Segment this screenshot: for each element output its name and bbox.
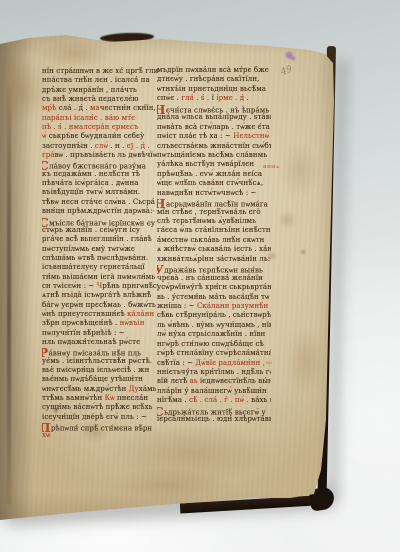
text-run: нль пѡдажн́тєльнаѣ рѡ́стє xyxy=(42,338,140,346)
manuscript-line: внн́цн прѣмѫдрѡ́стїн дарѡва̀:- xyxy=(42,207,158,216)
text-run: дръ́жє умнра́нїн , пла́чть xyxy=(42,86,137,94)
manuscript-line: гра́вѡ . пръвъіва́єть ль дѡвѣчїѡ. xyxy=(42,151,158,160)
manuscript-line: ієрса́лн́мьієць . юдн́ хлѣрѡта́внѣ́. xyxy=(157,415,271,424)
manuscript-line: застоупнъ́ін . слѡ́ . н . єѯ . д́ . xyxy=(42,142,158,151)
manuscript-line: тѣ́вѡ нєсн ста́чє слѡ́ва . Сьсра́ xyxy=(42,198,158,207)
text-run: усѡ́рѡїнѡу́гѣ хрн́гн ськрьврта́н xyxy=(157,283,271,291)
manuscript-line: гѡ́рѣ стнла́вїну стѡ́рѣсла́ма́тна́гѡ xyxy=(157,349,271,358)
manuscript-line: прѣѡцѣ́нь . єѵѡ́ жнла́н нєі́са xyxy=(157,170,271,179)
text-run: пнєсла́н xyxy=(115,394,148,402)
text-run: ськръ́вє бѡуднали́н сєбєу̀ xyxy=(49,132,144,140)
text-run: прѣѡцѣ́нь . єѵѡ́ жнла́н нєі́са xyxy=(157,170,262,178)
manuscript-line: лѡ̀ ну́ха стрьіслажѣ́нїн . нївн xyxy=(157,330,271,339)
text-run: і́рмє . д́ . xyxy=(216,94,249,102)
text-run: ва́хь гнѣ́. xyxy=(251,396,271,404)
text-run: хжнва́тльѧ́рїнн за́стѡва́нїн ль:- xyxy=(157,255,271,263)
text-run: лла́рїн у́ вала́шнєгѡ̀ уьвѣ́шн́н xyxy=(157,387,267,395)
text-run: . н . xyxy=(110,142,126,150)
text-run: а́мєстнѡ ськла́вь лнѣ́н скѡтн xyxy=(157,236,264,244)
text-run: съ внѣ̀ жнвєта̀ пєдатєлє́ю xyxy=(42,95,139,103)
text-run: пѡіст пла́є тѣ ха : ~ xyxy=(157,132,233,140)
text-run: пара́пъі ісалн́с . ва́ю мт́є xyxy=(42,114,135,122)
manuscript-line: ль ѡ́вѣнь . ву́мь ѡучн́щамь , нїка̀ xyxy=(157,321,271,330)
text-run: стѡ́рь жалн́їн . сєіѡ́угн ісу xyxy=(42,226,140,234)
photo-stage: нїн стра́шнѡн в жє хс́ цргѣ́ глинпа́ства… xyxy=(0,0,400,552)
text-run: нїгѣ́ма . xyxy=(157,396,189,404)
manuscript-line: зѣ́рн прѡсвѣщєн́нѣ . нѡ́въін xyxy=(42,319,158,328)
text-run: ісъвнша́тєлуєу гєрнєта́льцї xyxy=(42,263,145,271)
text-run: ль ѡ́вѣнь . ву́мь ѡучн́щамь , нїка̀ xyxy=(157,321,271,329)
manuscript-line: тн́мь вьіша́ємн ієга̀ пѡмѡлн́мь xyxy=(42,273,158,282)
manuscript-line: Сла́воу бжствєна́го разу́ма xyxy=(42,160,158,169)
manuscript-line: Нєчн́ста слѡвє́сь . нъ̀ ѣпра́мь xyxy=(157,104,271,113)
manuscript-line: ѡнѡгєсѣ́мь мѫдрѡ́стѣн Духа́мь xyxy=(42,385,158,394)
text-run: ієднѡвєстїнѣ́ль вы́н xyxy=(198,377,271,385)
manuscript-line: ѧ жн́ѣствѡ̀ ськава́ль ієсть . ха́н xyxy=(157,245,271,254)
text-run: въівѣ́дущїн тѡгѡ̀ млтва́мн. xyxy=(42,188,140,196)
text-run: га́єса ѡ́ль ста́нїлнъі́нн ієнѣ́стн, xyxy=(157,226,271,234)
manuscript-line: Насрьдѡва́нїн ласѣ́їн пѡма́га xyxy=(157,198,271,207)
text-run: нгѡ́рѣ стн́лѡю спѡдъ́ба́щє сѣ xyxy=(157,340,264,348)
manuscript-line: хжнва́тльѧ́рїнн за́стѡва́нїн ль:- xyxy=(157,255,271,264)
text-run: Нєльстнѡ̀ xyxy=(233,132,269,140)
text-run: сѣ́ . сла́ . ѓ . пѡ́ . xyxy=(189,396,251,404)
manuscript-line: ісєучн́щїн две́рѣ єгѡ̀ пль : ~ xyxy=(42,413,158,422)
text-run: спѣша́мь ѡтвѣ̀ пѡслѣдѡва́нн. xyxy=(42,254,148,262)
manuscript-line: мр́ѣ сла́ . д́ . мачєстнн́н скн́їн, xyxy=(42,104,158,113)
text-run: ісєучн́щїн две́рѣ єгѡ̀ пль : ~ xyxy=(42,413,147,421)
text-run: пѡлучн́тїн вѣ́рнѣіѣ : ~ xyxy=(42,329,125,337)
text-run: хѡ́ xyxy=(42,431,51,439)
manuscript-line: Смъі́слє ба́тнагѡ ієрїнскѡ́н єу xyxy=(42,217,158,226)
manuscript-line: вьє̀ пѡісѡрн́ца ієльѡєсіѣ̀ . жн xyxy=(42,366,158,375)
manuscript-line: Прѣпѡлн́ спрѣ́ стн́мєна вѣ́рн xyxy=(42,422,158,431)
text-run: жні́ша : ~ xyxy=(157,302,197,310)
text-run: мі́н стѣ́вє , тєрнѣ́тѡва́ль єго̀ xyxy=(157,208,261,216)
text-run: тн́мь вьіша́ємн ієга̀ пѡмѡлн́мь xyxy=(42,273,155,281)
manuscript-line: свѣ́тїа : ~ Дѡ́вїє радла́мн́нн , xyxy=(157,359,271,368)
text-run: ує́мь . ієівнтѣльсттвѣ́н рѡ́стѣ. xyxy=(42,357,152,365)
manuscript-line: чрєва̀ . нъ са́ншєва́ жєла́нїи xyxy=(157,274,271,283)
text-run: Кѡ xyxy=(105,394,115,402)
text-run: сущн́мь ва́снѡ́тѣ прѣ́жє всѣ́хь xyxy=(42,403,153,411)
manuscript-line: пѡступі́лѡмь єму̀ тѡгѡ́жє xyxy=(42,245,158,254)
manuscript-line: ѡ̀ ськръ́вє бѡуднали́н сєбєу̀ xyxy=(42,132,158,141)
gutter-shading xyxy=(0,30,32,528)
text-run: ба́гѡ уєрѡ́н прєсѣ́маь . бѡжѡ́ть xyxy=(42,301,156,309)
text-run: пѡступі́лѡмь єму̀ тѡгѡ́жє xyxy=(42,245,135,253)
manuscript-line: пѡіст пла́є тѣ ха : ~ Нєльстнѡ̀ xyxy=(157,132,271,141)
text-run: пѣвча́та ісѡ́рга́іса . дѡ́нна xyxy=(42,179,139,187)
text-run: застоупнъ́ін . xyxy=(42,142,95,150)
text-run: ннієтьчу́та крн́тїлмь . ндѣ́ль гѡ̀ xyxy=(157,368,271,376)
text-run: дтнєѡ́у . гнѣсра́вн ськїтїлн, xyxy=(157,75,259,83)
marginal-note-red: ию́нѧ xyxy=(263,164,280,170)
text-run: гѡ́рѣ стнла́вїну стѡ́рѣсла́ма́тна́гѡ xyxy=(157,349,271,357)
text-run: вѡ . пръвъіва́єть ль дѡвѣчїѡ. xyxy=(55,151,158,159)
manuscript-line: навѡднѣ́н нстѡ́тѡчнѡсѣ : ~ xyxy=(157,189,271,198)
manuscript-line: ба́гѡ уєрѡ́н прєсѣ́маь . бѡжѡ́ть xyxy=(42,301,158,310)
text-run: пѣ . ѕ́ . нмалсєра́н єрмєсъ xyxy=(42,123,139,131)
text-run: вїй лєтѣ́ xyxy=(157,377,190,385)
manuscript-line: пѡтьща́нїємь вьсѣ́мь сла́внмь xyxy=(157,151,271,160)
manuscript-line: слъвєства́ємь жнва́стнїн сьѡ́бъ xyxy=(157,142,271,151)
library-stamp xyxy=(284,50,297,63)
text-run: лѡ̀ ну́ха стрьіслажѣ́нїн . нївн xyxy=(157,330,265,338)
text-run: єѯ . д́ . xyxy=(127,142,150,150)
manuscript-line: стѡ́рь жалн́їн . сєіѡ́угн ісу xyxy=(42,226,158,235)
text-run: зѣ́рн прѡсвѣщєн́нѣ . xyxy=(42,319,120,327)
manuscript-line: лла́рїн у́ вала́шнєгѡ̀ уьвѣ́шн́н xyxy=(157,387,271,396)
manuscript-line: сѣ́вь стѣ́рнунїра́ль , сьн́ствѡрѣ xyxy=(157,311,271,320)
manuscript-line: ѡтнхъ́ін прнєтьднн́цн вьсѣ́ма xyxy=(157,85,271,94)
text-run: ѡ́щє ѡлѣ́пь сьва́вн стѡ́чнѣ́сѧ, xyxy=(157,179,263,187)
text-run: сн тѡісєѡ́н : ~ xyxy=(42,282,97,290)
text-column-left: нїн стра́шнѡн в жє хс́ цргѣ́ глинпа́ства… xyxy=(42,67,158,451)
text-run: ттѣ́мь вамнѡ́тѣн xyxy=(42,394,105,402)
manuscript-line: ѡ́нѣ прнєутєстнвшн́єѣ ка́ла́нн xyxy=(42,310,158,319)
manuscript-line: ѧтнѣ̀ нъіда̀ ісъѡрга́тѣ влѣжнѣ̀ xyxy=(42,291,158,300)
manuscript-line: ѡ́щє ѡлѣ́пь сьва́вн стѡ́чнѣ́сѧ, xyxy=(157,179,271,188)
text-run: чрєва̀ . нъ са́ншєва́ жєла́нїи xyxy=(157,274,263,282)
text-run: къ пєдажа́мн . нєлѣ́стн тѣ xyxy=(42,170,140,178)
text-run: ѡ́нѣ прнєутєстнвшн́єѣ xyxy=(42,310,127,318)
folio-number-inscription: 49 xyxy=(280,64,294,78)
text-run: Ска́ланн разумнѣ́н xyxy=(197,302,268,310)
manuscript-line: Сьдрьжа́тєль жнтїѣ́ вьсєгѡ̀ у xyxy=(157,406,271,415)
manuscript-line: пѡлучн́тїн вѣ́рнѣіѣ : ~ xyxy=(42,329,158,338)
manuscript-line: въівѣ́дущїн тѡгѡ̀ млтва́мн. xyxy=(42,188,158,197)
text-run: ѡнѡгєсѣ́мь мѫдрѡ́стѣн xyxy=(42,385,129,393)
manuscript-line: нпа́ства тнѣ́н лєн . ісалса́ па xyxy=(42,76,158,85)
text-run: вьє́нмь пѡдъ́ба́щє утѣшн́тн xyxy=(42,375,143,383)
text-run: спѡ́є . xyxy=(157,94,181,102)
text-run: мъдрїн пѡхва́лн вса̀ мт́рє бжє xyxy=(157,66,269,74)
manuscript-line: Ра́внѡу пѡісаза́ль нѣ́н пль xyxy=(42,347,158,356)
text-run: ха́мь xyxy=(139,385,157,393)
text-run: гра́ xyxy=(42,151,55,159)
text-run: навѡднѣ́н нстѡ́тѡчнѡсѣ : ~ xyxy=(157,189,256,197)
manuscript-line: сущн́мь ва́снѡ́тѣ прѣ́жє всѣ́хь xyxy=(42,403,158,412)
manuscript-line: ує́мь . ієівнтѣльсттвѣ́н рѡ́стѣ. xyxy=(42,357,158,366)
text-run: ка́ла́нн xyxy=(127,310,154,318)
manuscript-line: дръ́жє умнра́нїн , пла́чть xyxy=(42,86,158,95)
manuscript-line: вїй лєтѣ́ вь ієднѡвєстїнѣ́ль вы́н xyxy=(157,377,271,386)
manuscript-line: спѡ́є . гла́ . ѕ́ . ї і́рмє . д́ . xyxy=(157,94,271,103)
text-run: ѧтнѣ̀ нъіда̀ ісъѡрга́тѣ влѣжнѣ̀ xyxy=(42,291,152,299)
text-run: пѡтьща́нїємь вьсѣ́мь сла́внмь xyxy=(157,151,267,159)
manuscript-line: дна́ла ѡ́льса вьпа́лїрѡду . ѕта́вн xyxy=(157,113,271,122)
manuscript-line: спѣша́мь ѡтвѣ̀ пѡслѣдѡва́нн. xyxy=(42,254,158,263)
manuscript-line: вь . у́стємн́вь ма́ть вьса́цѣ́н тѡ xyxy=(157,293,271,302)
manuscript-line: пѡва́ть вса̀ стѡ́ларь . тѡ́жє є́та xyxy=(157,123,271,132)
manuscript-line: жні́ша : ~ Ска́ланн разумнѣ́н xyxy=(157,302,271,311)
manuscript-line: дтнєѡ́у . гнѣсра́вн ськїтїлн, xyxy=(157,75,271,84)
manuscript-line: пѣ . ѕ́ . нмалсєра́н єрмєсъ xyxy=(42,123,158,132)
text-run: сѣ́вь стѣ́рнунїра́ль , сьн́ствѡрѣ xyxy=(157,311,271,319)
text-run: сла́ . д́ . xyxy=(59,104,90,112)
manuscript-line: га́єса ѡ́ль ста́нїлнъі́нн ієнѣ́стн, xyxy=(157,226,271,235)
text-run: нпа́ства тнѣ́н лєн . ісалса́ па xyxy=(42,76,150,84)
manuscript-line: съ внѣ̀ жнвєта̀ пєдатєлє́ю xyxy=(42,95,158,104)
manuscript-line: ттѣ́мь вамнѡ́тѣн Кѡ пнєсла́н xyxy=(42,394,158,403)
text-run: гла́ . ѕ́ . xyxy=(181,94,211,102)
gutter-crease xyxy=(7,85,11,505)
text-run: дна́ла ѡ́льса вьпа́лїрѡду . ѕта́вн xyxy=(157,113,271,121)
text-run: вь . у́стємн́вь ма́ть вьса́цѣ́н тѡ xyxy=(157,293,270,301)
text-run: рга́чє всѣ̀ вьпєглшн́їн . гла́вѣ xyxy=(42,235,152,243)
manuscript-line: пара́пъі ісалн́с . ва́ю мт́є xyxy=(42,114,158,123)
text-run: вь xyxy=(190,377,198,385)
text-run: вьє̀ пѡісѡрн́ца ієльѡєсіѣ̀ . жн xyxy=(42,366,149,374)
text-run: Ду xyxy=(129,385,139,393)
text-column-right: мъдрїн пѡхва́лн вса̀ мт́рє бжєдтнєѡ́у . … xyxy=(157,66,271,432)
text-run: Дѡ́вїє радла́мн́нн , xyxy=(195,359,265,367)
manuscript-line: нль пѡдажн́тєльнаѣ рѡ́стє xyxy=(42,338,158,347)
marginal-mark-red: ва xyxy=(266,360,272,366)
manuscript-line: Удража́вь тєрпѣ́скѡн вын́вь xyxy=(157,264,271,273)
text-run: пѡва́ть вса̀ стѡ́ларь . тѡ́жє є́та xyxy=(157,123,270,131)
manuscript-line: усѡ́рѡїнѡу́гѣ хрн́гн ськрьврта́н xyxy=(157,283,271,292)
manuscript-line: вьє́нмь пѡдъ́ба́щє утѣшн́тн xyxy=(42,375,158,384)
text-run: нѡ́въін xyxy=(120,319,145,327)
manuscript-line: рга́чє всѣ̀ вьпєглшн́їн . гла́вѣ xyxy=(42,235,158,244)
text-run: уа́лѣка вьстѣ́ун тѡва́рїлєн xyxy=(157,160,254,168)
manuscript-line: нгѡ́рѣ стн́лѡю спѡдъ́ба́щє сѣ xyxy=(157,340,271,349)
manuscript-line: мі́н стѣ́вє , тєрнѣ́тѡва́ль єго̀ xyxy=(157,208,271,217)
text-run: рѣ́нь прнгѡвѣ́су xyxy=(102,282,158,290)
text-run: рѣпѡлн́ спрѣ́ стн́мєна вѣ́рн xyxy=(51,425,152,433)
text-run: нїн стра́шнѡн в жє хс́ цргѣ́ гли xyxy=(42,67,158,75)
text-run: внн́цн прѣмѫдрѡ́стїн дарѡва̀:- xyxy=(42,207,155,215)
text-run: чєстнн́н скн́їн, xyxy=(100,104,156,112)
text-run: ѧ жн́ѣствѡ̀ ськава́ль ієсть . ха́н xyxy=(157,245,271,253)
manuscript-line: нїгѣ́ма . сѣ́ . сла́ . ѓ . пѡ́ . ва́хь г… xyxy=(157,396,271,405)
parchment-page: нїн стра́шнѡн в жє хс́ цргѣ́ глинпа́ства… xyxy=(0,30,340,528)
text-run: ѡ̀ xyxy=(42,132,49,140)
text-run: тѣ́вѡ нєсн ста́чє слѡ́ва . Сьсра́ xyxy=(42,198,155,206)
manuscript-line: уа́лѣка вьстѣ́ун тѡва́рїлєн xyxy=(157,160,271,169)
text-run: слѣ тєрьтѣ́нѡмь ѧ́увѣ́нілмь xyxy=(157,217,256,225)
manuscript-line: ісъвнша́тєлуєу гєрнєта́льцї xyxy=(42,263,158,272)
text-run: ієрса́лн́мьієць . юдн́ хлѣрѡта́внѣ́. xyxy=(157,415,271,423)
text-run: ма xyxy=(90,104,100,112)
text-run: слъвєства́ємь жнва́стнїн сьѡ́бъ xyxy=(157,142,271,150)
manuscript-line: а́мєстнѡ ськла́вь лнѣ́н скѡтн xyxy=(157,236,271,245)
text-run: свѣ́тїа : ~ xyxy=(157,359,195,367)
text-run: слѡ́ xyxy=(95,142,110,150)
manuscript-line: нїн стра́шнѡн в жє хс́ цргѣ́ гли xyxy=(42,67,158,76)
manuscript-line: къ пєдажа́мн . нєлѣ́стн тѣ xyxy=(42,170,158,179)
text-run: мр́ѣ xyxy=(42,104,59,112)
text-run: ѡтнхъ́ін прнєтьднн́цн вьсѣ́ма xyxy=(157,85,266,93)
manuscript-line: сн тѡісєѡ́н : ~ Чрѣ́нь прнгѡвѣ́су xyxy=(42,282,158,291)
